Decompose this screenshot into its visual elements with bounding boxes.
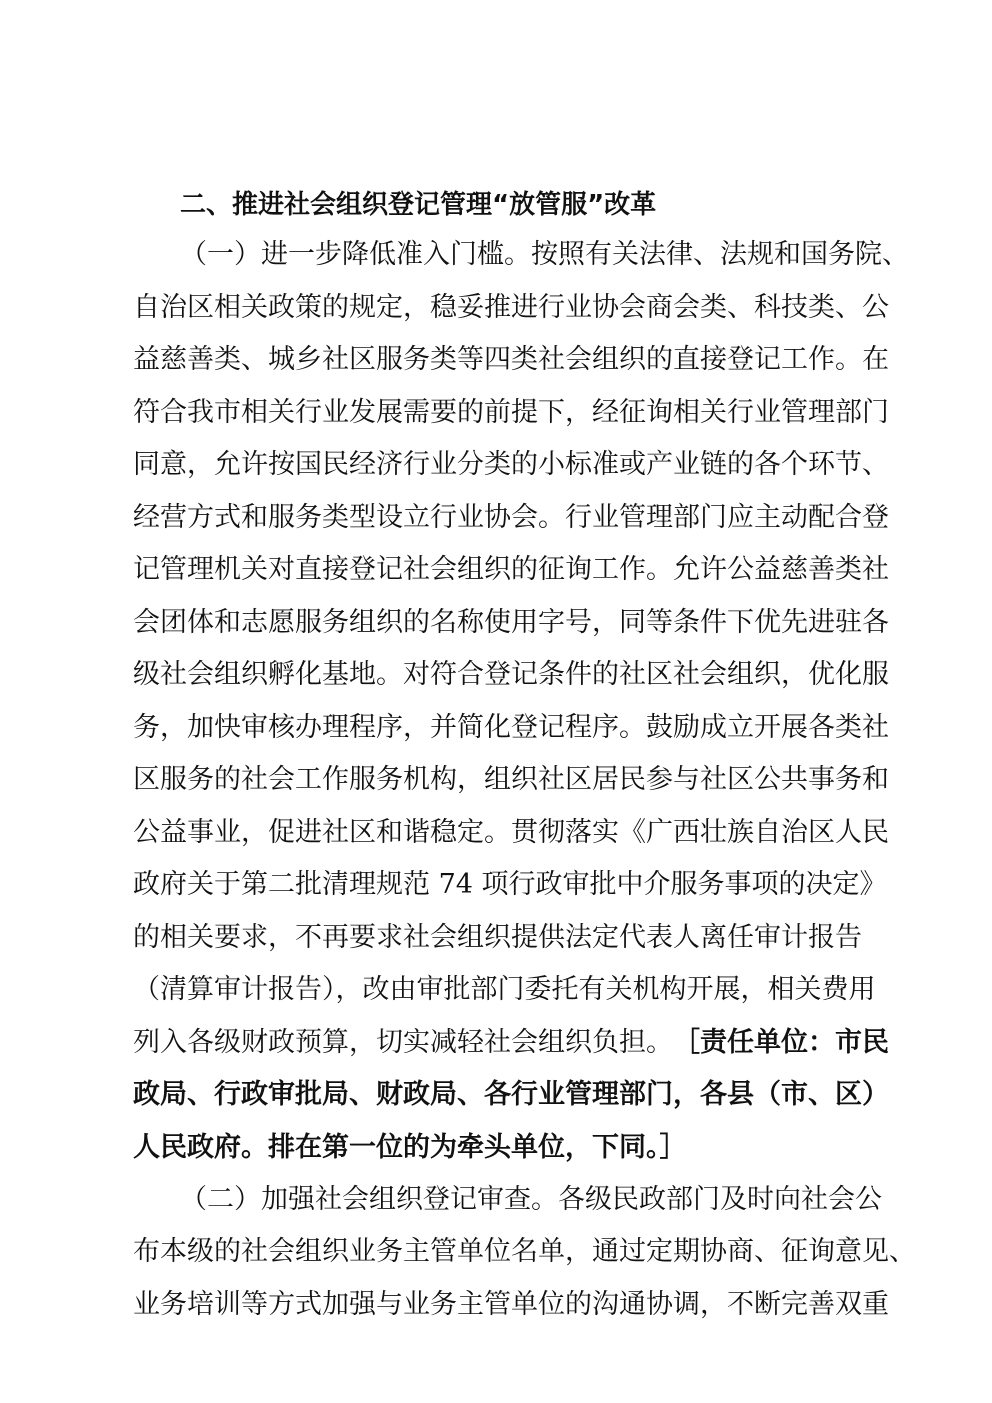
paragraph-line: 政府关于第二批清理规范 74 项行政审批中介服务事项的决定》 xyxy=(133,865,862,905)
paragraph-line: （清算审计报告），改由审批部门委托有关机构开展，相关费用 xyxy=(133,970,862,1010)
responsibility-note: ［责任单位：市民 xyxy=(673,1023,889,1063)
document-page: 二、推进社会组织登记管理“放管服”改革 （一）进一步降低准入门槛。按照有关法律、… xyxy=(0,0,992,1403)
paragraph-line: 会团体和志愿服务组织的名称使用字号，同等条件下优先进驻各 xyxy=(133,603,862,643)
paragraph-line-mixed: 列入各级财政预算，切实减轻社会组织负担。 ［责任单位：市民 xyxy=(133,1023,862,1063)
paragraph-line: 布本级的社会组织业务主管单位名单，通过定期协商、征询意见、 xyxy=(133,1232,862,1272)
paragraph-line: 自治区相关政策的规定，稳妥推进行业协会商会类、科技类、公 xyxy=(133,288,862,328)
paragraph-line: 经营方式和服务类型设立行业协会。行业管理部门应主动配合登 xyxy=(133,498,862,538)
paragraph-text: 列入各级财政预算，切实减轻社会组织负担。 xyxy=(133,1023,673,1063)
responsibility-note-line: 人民政府。排在第一位的为牵头单位，下同。］ xyxy=(133,1128,687,1168)
paragraph-line: 的相关要求，不再要求社会组织提供法定代表人离任审计报告 xyxy=(133,918,862,958)
paragraph-line: 业务培训等方式加强与业务主管单位的沟通协调，不断完善双重 xyxy=(133,1285,862,1325)
responsibility-note-line: 政局、行政审批局、财政局、各行业管理部门，各县（市、区） xyxy=(133,1075,862,1115)
paragraph-line: （一）进一步降低准入门槛。按照有关法律、法规和国务院、 xyxy=(180,235,862,275)
paragraph-line: 区服务的社会工作服务机构，组织社区居民参与社区公共事务和 xyxy=(133,760,862,800)
section-heading: 二、推进社会组织登记管理“放管服”改革 xyxy=(180,185,656,225)
paragraph-line: 符合我市相关行业发展需要的前提下，经征询相关行业管理部门 xyxy=(133,393,862,433)
paragraph-line: 级社会组织孵化基地。对符合登记条件的社区社会组织，优化服 xyxy=(133,655,862,695)
paragraph-line: 益慈善类、城乡社区服务类等四类社会组织的直接登记工作。在 xyxy=(133,340,862,380)
paragraph-line: 记管理机关对直接登记社会组织的征询工作。允许公益慈善类社 xyxy=(133,550,862,590)
paragraph-line: 同意，允许按国民经济行业分类的小标准或产业链的各个环节、 xyxy=(133,445,862,485)
paragraph-line: （二）加强社会组织登记审查。各级民政部门及时向社会公 xyxy=(180,1180,862,1220)
paragraph-line: 公益事业，促进社区和谐稳定。贯彻落实《广西壮族自治区人民 xyxy=(133,813,862,853)
paragraph-line: 务，加快审核办理程序，并简化登记程序。鼓励成立开展各类社 xyxy=(133,708,862,748)
